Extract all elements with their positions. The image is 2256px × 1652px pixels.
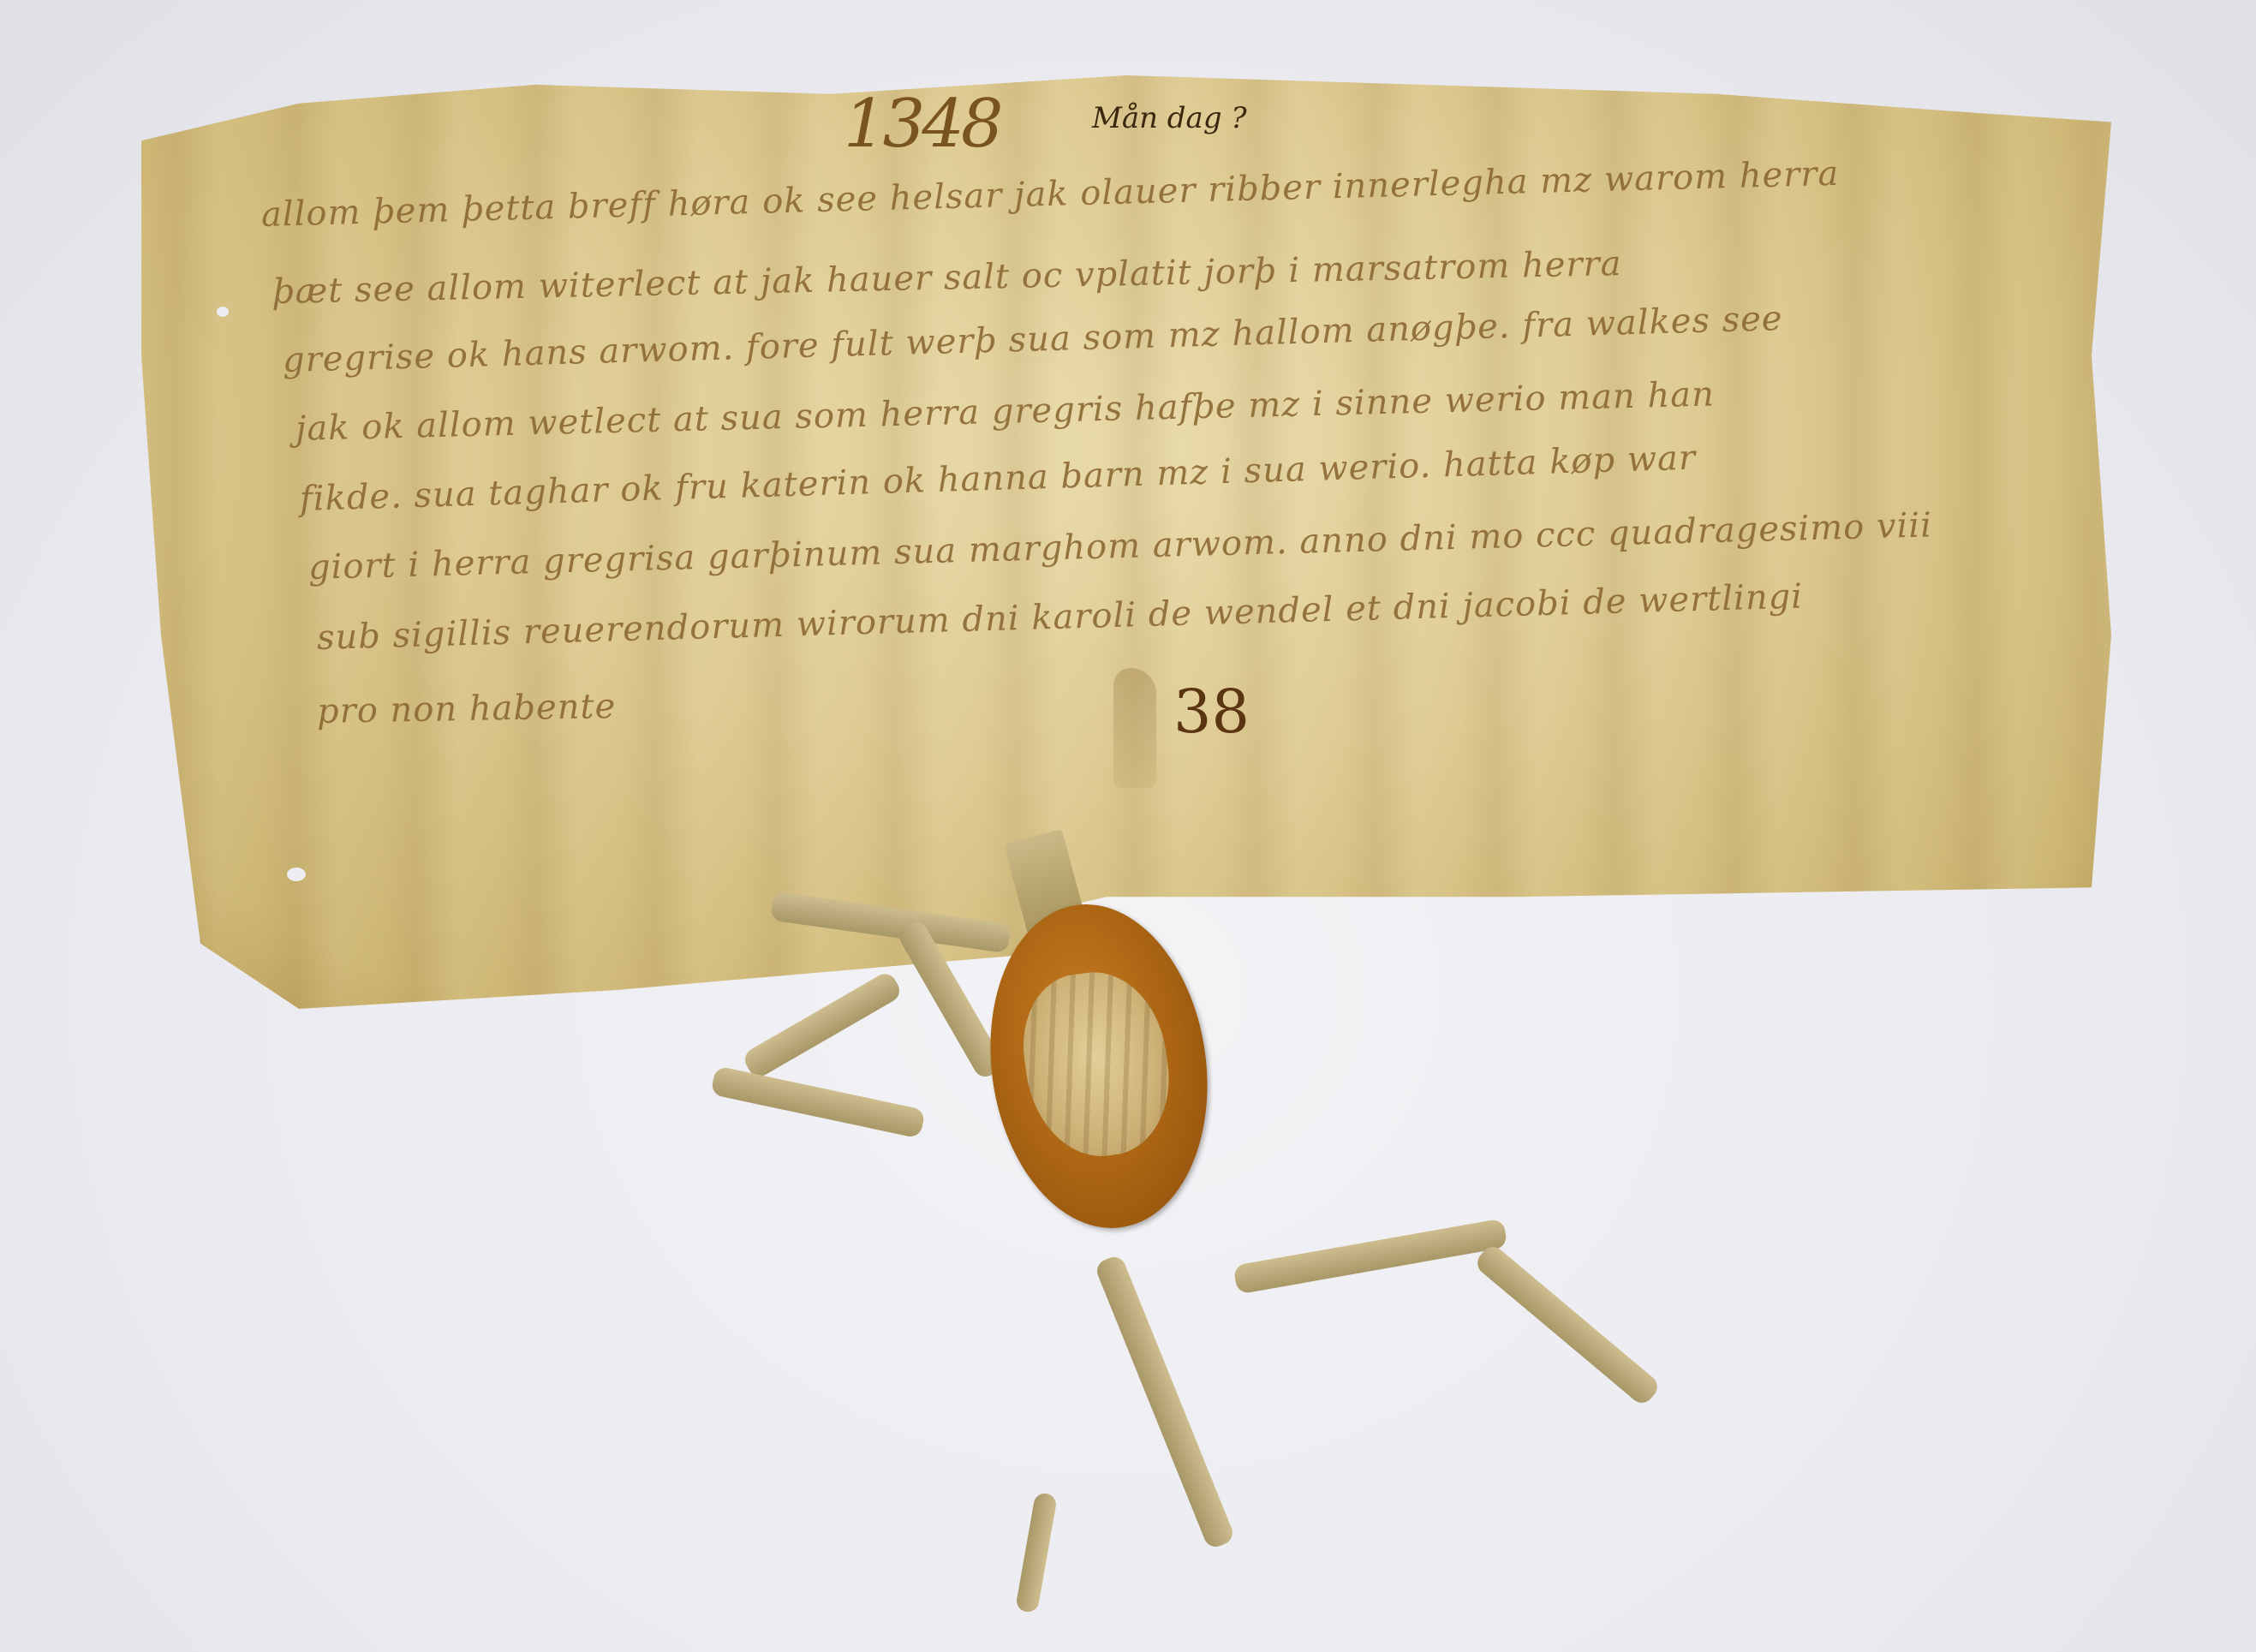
charter-text-line-8: pro non habente: [317, 687, 617, 731]
parchment-hole: [217, 307, 229, 317]
year-annotation: 1348: [844, 86, 1000, 163]
archive-number: 38: [1173, 677, 1250, 747]
faded-stamp-mark: [1113, 668, 1156, 788]
weekday-note: Mån dag ?: [1092, 101, 1247, 135]
seal-impression: [1014, 963, 1179, 1166]
parchment-hole: [287, 868, 306, 881]
